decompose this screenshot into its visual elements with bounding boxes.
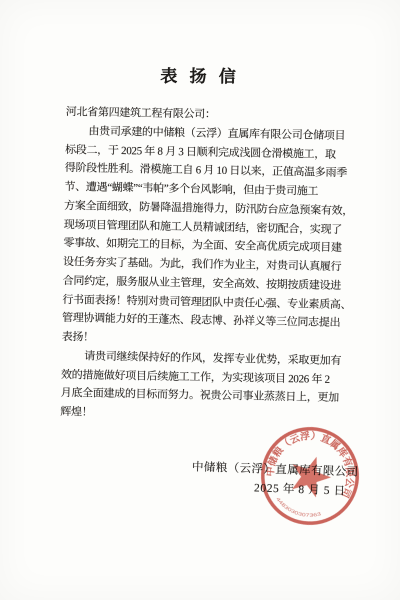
- seal-graphic: 中储粮（云浮）直属库有限公司 4483030307363: [245, 411, 375, 541]
- letter-page: 表 扬 信 河北省第四建筑工程有限公司： 由贵司承建的中储粮（云浮）直属库有限公…: [0, 0, 400, 600]
- seal-code-text: 4483030307363: [272, 495, 323, 523]
- company-seal: 中储粮（云浮）直属库有限公司 4483030307363: [245, 411, 375, 541]
- letter-title: 表 扬 信: [0, 61, 400, 89]
- seal-star-icon: [285, 450, 336, 500]
- svg-text:4483030307363: 4483030307363: [272, 495, 323, 523]
- letter-body: 河北省第四建筑工程有限公司： 由贵司承建的中储粮（云浮）直属库有限公司仓储项目 …: [60, 103, 348, 427]
